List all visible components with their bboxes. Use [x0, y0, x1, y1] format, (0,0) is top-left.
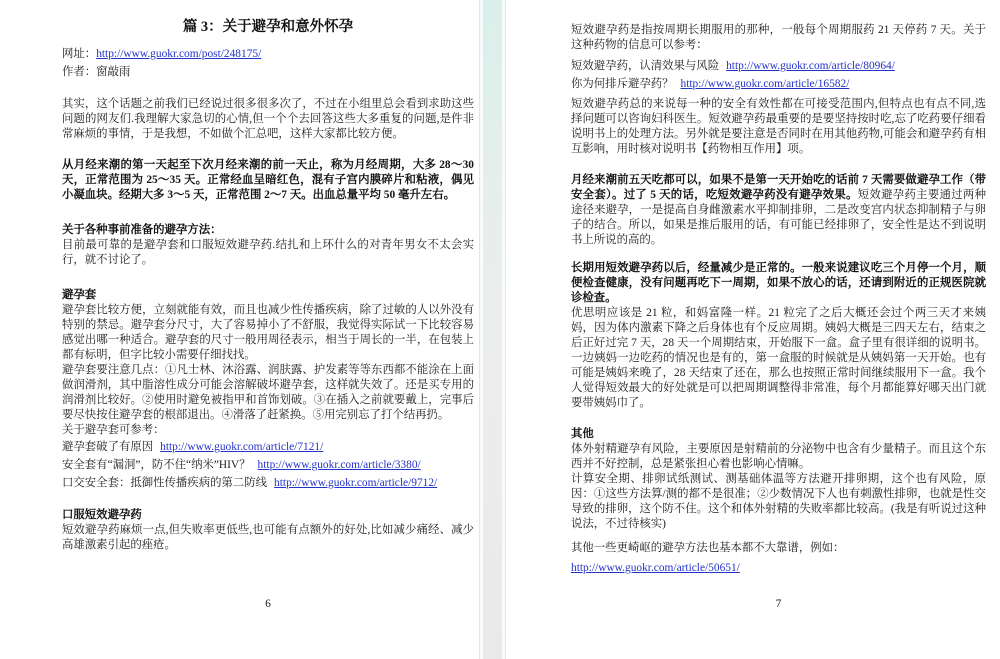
- reference-link[interactable]: http://www.guokr.com/article/7121/: [160, 441, 323, 453]
- page-7-content: 短效避孕药是指按周期长期服用的那种，一般每个周期服药 21 天停药 7 天。关于…: [506, 0, 986, 577]
- url-label: 网址：: [62, 48, 96, 60]
- reference-link[interactable]: http://www.guokr.com/article/3380/: [258, 459, 421, 471]
- reference-label: 口交安全套：抵御性传播疾病的第二防线: [62, 477, 267, 489]
- document-title: 篇 3：关于避孕和意外怀孕: [62, 17, 474, 37]
- intro-paragraph: 其实，这个话题之前我们已经说过很多很多次了，不过在小组里总会看到求助这些问题的网…: [62, 97, 474, 142]
- page-7: 短效避孕药是指按周期长期服用的那种，一般每个周期服药 21 天停药 7 天。关于…: [506, 0, 1000, 659]
- reference-link[interactable]: http://www.guokr.com/article/9712/: [274, 477, 437, 489]
- pill-timing-paragraph: 月经来潮前五天吃都可以，如果不是第一天开始吃的话前 7 天需要做避孕工作（带安全…: [571, 173, 986, 248]
- methods-paragraph: 目前最可靠的是避孕套和口服短效避孕药.结扎和上环什么的对青年男女不太会实行，就不…: [62, 238, 474, 268]
- long-term-use-paragraph: 长期用短效避孕药以后，经量减少是正常的。一般来说建议吃三个月停一个月，顺便检查健…: [571, 261, 986, 306]
- reference-line: 安全套有“漏洞”，防不住“纳米”HIV？http://www.guokr.com…: [62, 456, 474, 474]
- reference-link[interactable]: http://www.guokr.com/article/16582/: [681, 78, 850, 90]
- reference-link[interactable]: http://www.guokr.com/article/80964/: [726, 60, 895, 72]
- oral-pill-paragraph: 短效避孕药麻烦一点,但失败率更低些,也可能有点额外的好处,比如减少痛经、减少高雄…: [62, 523, 474, 553]
- menstrual-cycle-paragraph: 从月经来潮的第一天起至下次月经来潮的前一天止，称为月经周期，大多 28～30 天…: [62, 158, 474, 203]
- source-url-link[interactable]: http://www.guokr.com/post/248175/: [96, 48, 261, 60]
- pill-schedule-paragraph: 短效避孕药是指按周期长期服用的那种，一般每个周期服药 21 天停药 7 天。关于…: [571, 23, 986, 53]
- author-line: 作者：窗敲雨: [62, 63, 474, 81]
- methods-heading: 关于各种事前准备的避孕方法：: [62, 223, 474, 238]
- reference-line: 你为何排斥避孕药？http://www.guokr.com/article/16…: [571, 75, 986, 93]
- reference-label: 避孕套破了有原因: [62, 441, 153, 453]
- reference-label: 安全套有“漏洞”，防不住“纳米”HIV？: [62, 459, 251, 471]
- other-methods-paragraph: 其他一些更崎岖的避孕方法也基本都不大靠谱，例如：: [571, 541, 986, 556]
- page-6: 篇 3：关于避孕和意外怀孕 网址：http://www.guokr.com/po…: [0, 0, 479, 659]
- reference-label: 你为何排斥避孕药？: [571, 78, 674, 90]
- safe-period-paragraph: 计算安全期、排卵试纸测试、测基础体温等方法避开排卵期，这个也有风险，原因：①这些…: [571, 472, 986, 532]
- oral-pill-heading: 口服短效避孕药: [62, 508, 474, 523]
- withdrawal-paragraph: 体外射精避孕有风险，主要原因是射精前的分泌物中也含有少量精子。而且这个东西并不好…: [571, 442, 986, 472]
- other-heading: 其他: [571, 427, 986, 442]
- document-viewer: 篇 3：关于避孕和意外怀孕 网址：http://www.guokr.com/po…: [0, 0, 1000, 659]
- condom-paragraph-2: 避孕套要注意几点：①凡士林、沐浴露、润肤露、护发素等等东西都不能涂在上面做润滑剂…: [62, 363, 474, 423]
- page-gap: [479, 0, 506, 659]
- condom-heading: 避孕套: [62, 288, 474, 303]
- page-number-7: 7: [506, 598, 1000, 610]
- reference-label: 短效避孕药，认清效果与风险: [571, 60, 719, 72]
- reference-line: 口交安全套：抵御性传播疾病的第二防线http://www.guokr.com/a…: [62, 474, 474, 492]
- condom-paragraph-1: 避孕套比较方便，立刻就能有效，而且也减少性传播疾病，除了过敏的人以外没有特别的禁…: [62, 303, 474, 363]
- condom-reference-intro: 关于避孕套可参考：: [62, 423, 474, 438]
- page-number-6: 6: [0, 598, 479, 610]
- yasmin-paragraph: 优思明应该是 21 粒，和妈富隆一样。21 粒完了之后大概还会过个两三天才来姨妈…: [571, 306, 986, 411]
- source-url-line: 网址：http://www.guokr.com/post/248175/: [62, 45, 474, 63]
- page-6-content: 篇 3：关于避孕和意外怀孕 网址：http://www.guokr.com/po…: [0, 0, 474, 553]
- reference-line: 避孕套破了有原因http://www.guokr.com/article/712…: [62, 438, 474, 456]
- pill-safety-paragraph: 短效避孕药总的来说每一种的安全有效性都在可接受范围内,但特点也有点不同,选择问题…: [571, 97, 986, 157]
- reference-link[interactable]: http://www.guokr.com/article/50651/: [571, 562, 740, 574]
- reference-line: 短效避孕药，认清效果与风险http://www.guokr.com/articl…: [571, 57, 986, 75]
- reference-line: http://www.guokr.com/article/50651/: [571, 559, 986, 577]
